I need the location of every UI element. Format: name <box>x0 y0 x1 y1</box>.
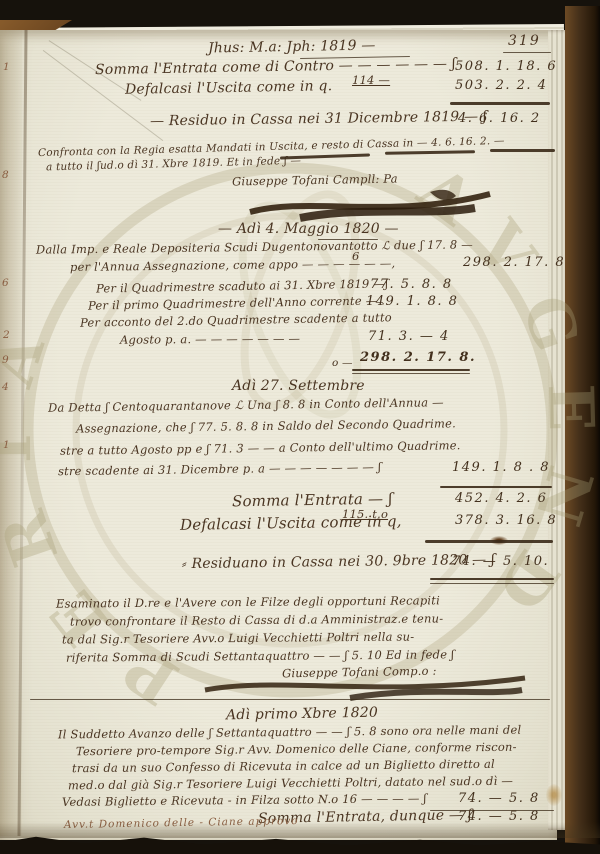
maggio-item1-amount: 77. 5. 8. 8 <box>370 278 453 292</box>
residuo-underline-2 <box>430 583 554 584</box>
maggio-item3-amount: 71. 3. — 4 <box>368 330 450 344</box>
pen-stroke <box>490 149 555 152</box>
uscita-1820-page-ref: 115. t.o <box>342 508 388 521</box>
page-bottom-shadow <box>0 822 600 838</box>
gutter-digit: 9 <box>2 355 9 367</box>
residuo-underline-1 <box>430 578 554 580</box>
total-underline-1 <box>352 369 470 371</box>
gutter-digit: 1 <box>3 440 10 452</box>
gutter-digit: 6 <box>2 278 9 290</box>
entrata-1819-amount: 508. 1. 18. 6 <box>455 60 557 74</box>
sum-rule <box>425 540 553 543</box>
heading-dicembre-1820: Adì primo Xbre 1820 <box>226 706 378 724</box>
uscita-1819-page-ref: 114 — <box>352 74 390 87</box>
paper-stain <box>546 784 562 806</box>
settembre-amount: 149. 1. 8 . 8 <box>452 461 550 475</box>
section-divider-rule <box>30 699 550 700</box>
gutter-digit: 1 <box>3 62 10 74</box>
residuano-1820-amount: 74. — 5. 10. <box>452 555 549 569</box>
maggio-line2-insert: 6 <box>352 250 360 263</box>
gutter-digit: 4 <box>2 382 9 394</box>
gutter-digit: 8 <box>2 170 9 182</box>
maggio-item3-label-2: Agosto p. a. — — — — — — — <box>120 332 300 346</box>
page-number-underline <box>503 52 551 53</box>
dicembre-line5-amount: 74. — 5. 8 <box>458 792 540 806</box>
total-prefix-mark: o — <box>332 358 353 370</box>
header-invocation: Jhus: M.a: Jph: 1819 — <box>208 39 376 57</box>
uscita-1819-amount: 503. 2. 2. 4 <box>455 79 547 93</box>
maggio-total-amount-right: 298. 2. 17. 8 <box>463 256 565 270</box>
sum-rule-1819 <box>450 102 550 105</box>
heading-maggio-1820: — Adì 4. Maggio 1820 — <box>218 222 399 237</box>
gutter-digit: 2 <box>3 330 10 342</box>
leather-binding-right <box>565 6 600 854</box>
signature-tofani-1819: Giuseppe Tofani Campll: Pa <box>232 173 398 189</box>
uscita-1820-amount: 378. 3. 16. 8 <box>455 514 557 528</box>
signature-tofani-1820: Giuseppe Tofani Comp.o : <box>282 665 437 680</box>
residuo-1819-amount: 4. 6. 16. 2 <box>458 112 541 126</box>
page-number: 319 <box>508 34 541 49</box>
sum-rule <box>440 486 552 488</box>
total-underline-2 <box>352 373 470 374</box>
entrata-1820-amount: 452. 4. 2. 6 <box>455 492 547 506</box>
maggio-total: 298. 2. 17. 8. <box>360 351 476 365</box>
maggio-item2-amount: 149. 1. 8. 8 <box>366 295 458 309</box>
heading-settembre: Adì 27. Settembre <box>232 379 365 394</box>
verifica-line3: ta dal Sig.r Tesoriere Avv.o Luigi Vecch… <box>62 630 414 646</box>
manuscript-ledger-page: AVGEND PERTA 1 8 6 2 9 4 1 319 Jhus: M.a… <box>0 0 600 854</box>
